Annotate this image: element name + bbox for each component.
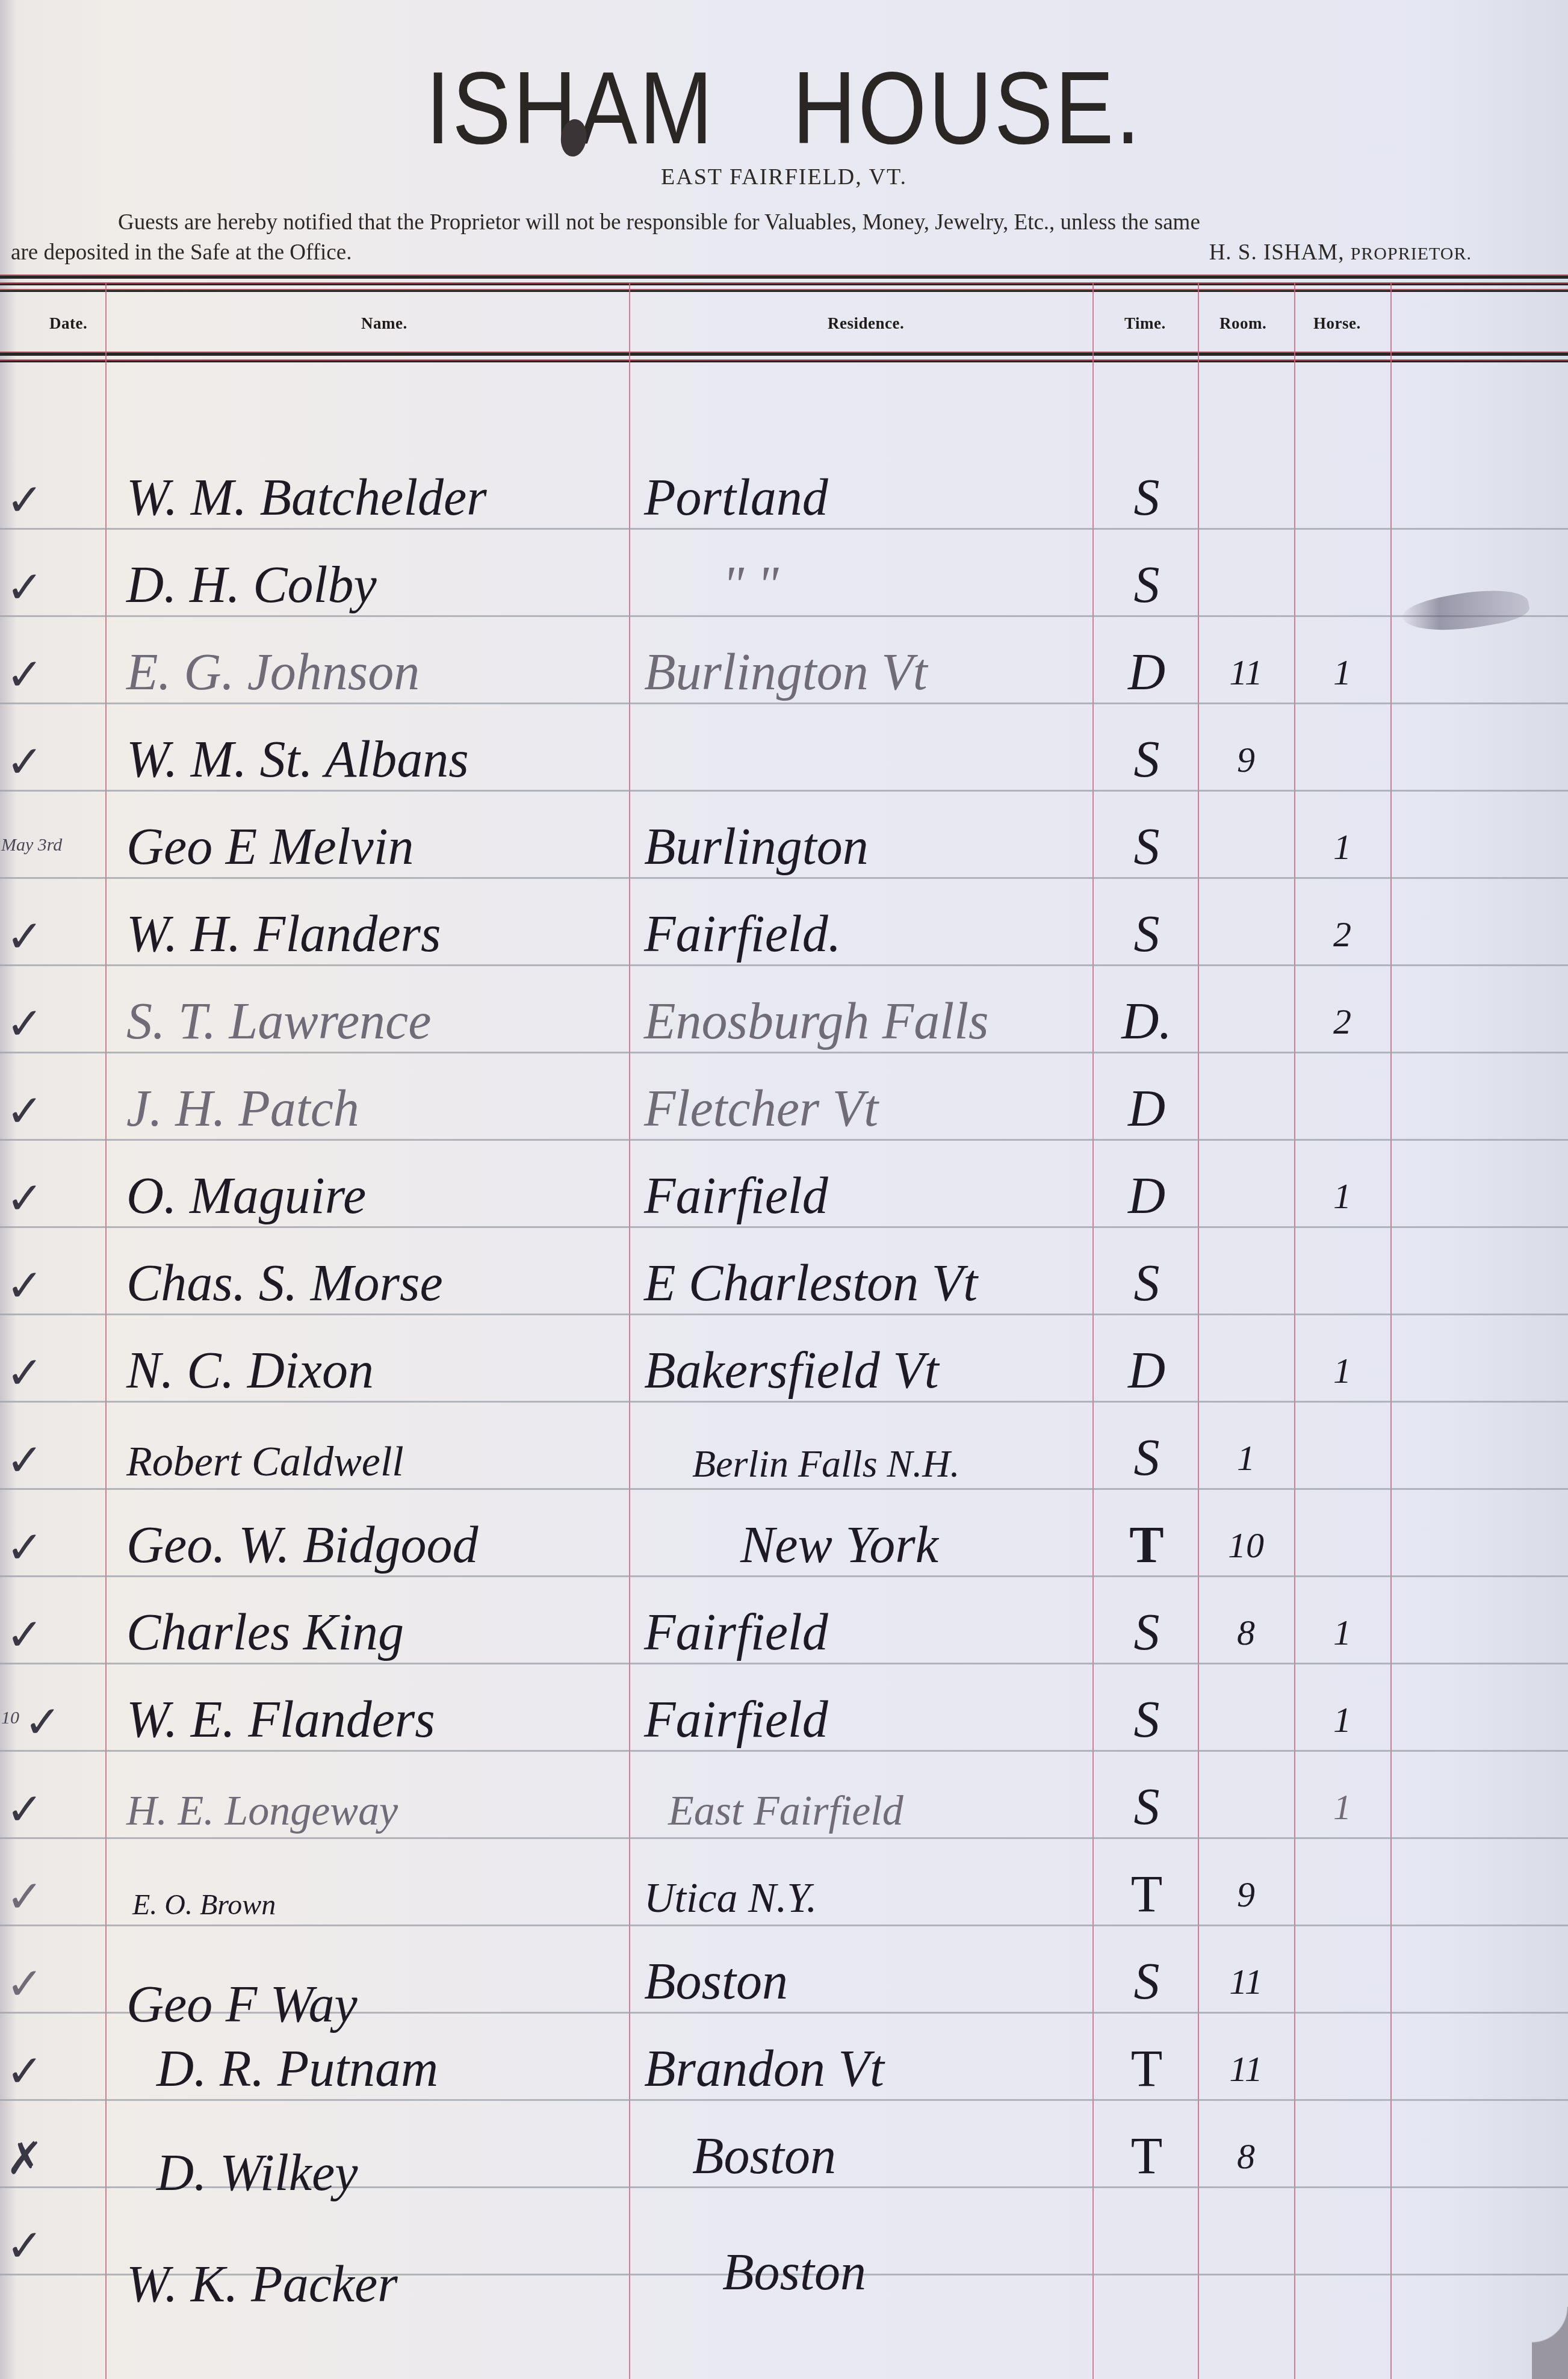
room-number: 8 — [1204, 2138, 1288, 2174]
guest-name: W. K. Packer — [126, 2258, 398, 2310]
guest-name: W. E. Flanders — [126, 1693, 435, 1745]
guest-name: O. Maguire — [126, 1170, 366, 1221]
column-header-date: Date. — [49, 314, 87, 333]
room-number: 11 — [1204, 1964, 1288, 2000]
guest-residence: Bakersfield Vt — [644, 1344, 939, 1396]
register-entry: ✓ O. Maguire Fairfield D 1 — [0, 1139, 1568, 1226]
checkmark: ✓ — [6, 1875, 43, 1920]
guest-name: Geo E Melvin — [126, 820, 414, 872]
checkmark: ✓ — [6, 1788, 43, 1832]
arrival-time: S — [1114, 820, 1180, 872]
register-entry: ✓ E. O. Brown Utica N.Y. T 9 — [0, 1837, 1568, 1925]
guest-name: H. E. Longeway — [126, 1790, 398, 1832]
guest-residence: Burlington — [644, 820, 869, 872]
register-entry: ✓ Geo. W. Bidgood New York T 10 — [0, 1488, 1568, 1575]
guest-residence: Boston — [644, 1955, 788, 2007]
arrival-time: S — [1114, 1257, 1180, 1309]
guest-name: W. M. St. Albans — [126, 733, 469, 785]
column-header-residence: Residence. — [828, 314, 904, 333]
proprietor-signature: H. S. ISHAM, PROPRIETOR. — [1209, 238, 1472, 269]
arrival-time: S — [1114, 1606, 1180, 1658]
guest-name: J. H. Patch — [126, 1082, 359, 1134]
hotel-location: EAST FAIRFIELD, VT. — [0, 164, 1568, 190]
guest-name: D. H. Colby — [126, 559, 377, 610]
guest-name: Geo. W. Bidgood — [126, 1519, 478, 1571]
register-entry: ✓ H. E. Longeway East Fairfield S 1 — [0, 1750, 1568, 1837]
guest-residence: Fairfield. — [644, 908, 841, 960]
guest-name: N. C. Dixon — [126, 1344, 374, 1396]
arrival-time: T — [1114, 2042, 1180, 2094]
register-entry: ✓ E. G. Johnson Burlington Vt D 11 1 — [0, 615, 1568, 703]
column-header-time: Time. — [1124, 314, 1166, 333]
arrival-time: D — [1114, 646, 1180, 698]
checkmark: ✓ — [6, 1526, 43, 1571]
register-entry: ✓ W. M. Batchelder Portland S — [0, 441, 1568, 528]
liability-notice: Guests are hereby notified that the Prop… — [42, 208, 1490, 269]
guest-name: S. T. Lawrence — [126, 995, 431, 1047]
guest-residence: Boston — [722, 2246, 866, 2298]
register-entry: ✓ D. H. Colby " " S — [0, 528, 1568, 615]
guest-residence: Enosburgh Falls — [644, 995, 989, 1047]
arrival-time: S — [1114, 471, 1180, 523]
register-entry: ✓ S. T. Lawrence Enosburgh Falls D. 2 — [0, 964, 1568, 1052]
checkmark: ✗ — [6, 2137, 43, 2182]
checkmark: ✓ — [6, 2224, 43, 2269]
register-entry: ✓ D. R. Putnam Brandon Vt T 11 — [0, 2012, 1568, 2099]
guest-residence: East Fairfield — [668, 1790, 903, 1832]
checkmark: ✓ — [6, 1613, 43, 1658]
checkmark: ✓ — [6, 566, 43, 610]
horse-count: 1 — [1300, 1789, 1384, 1825]
guest-residence: New York — [740, 1519, 938, 1571]
guest-name: Chas. S. Morse — [126, 1257, 443, 1309]
checkmark: ✓ — [6, 653, 43, 698]
room-number: 9 — [1204, 742, 1288, 778]
guest-name: D. R. Putnam — [156, 2042, 438, 2094]
arrival-time: S — [1114, 559, 1180, 610]
guest-residence: " " — [722, 559, 779, 610]
title-word-house: HOUSE. — [793, 51, 1142, 166]
register-page: ISHAMHOUSE. EAST FAIRFIELD, VT. Guests a… — [0, 0, 1568, 2379]
room-number: 11 — [1204, 2051, 1288, 2087]
arrival-time: S — [1114, 733, 1180, 785]
date-note: 10 — [1, 1709, 19, 1727]
arrival-time: D — [1114, 1082, 1180, 1134]
room-number: 11 — [1204, 654, 1288, 690]
horse-count: 2 — [1300, 1003, 1384, 1040]
header-rule-top — [0, 274, 1568, 296]
checkmark: ✓ — [6, 2050, 43, 2094]
arrival-time: S — [1114, 1431, 1180, 1483]
arrival-time: D — [1114, 1170, 1180, 1221]
notice-line-1: Guests are hereby notified that the Prop… — [42, 208, 1490, 238]
guest-residence: Utica N.Y. — [644, 1878, 817, 1920]
room-number: 8 — [1204, 1614, 1288, 1651]
arrival-time: D. — [1114, 995, 1180, 1047]
guest-name: E. O. Brown — [132, 1891, 276, 1920]
arrival-time: T — [1114, 1868, 1180, 1920]
guest-name: W. H. Flanders — [126, 908, 441, 960]
guest-residence: Fairfield — [644, 1693, 828, 1745]
guest-residence: Brandon Vt — [644, 2042, 884, 2094]
horse-count: 1 — [1300, 1614, 1384, 1651]
horse-count: 2 — [1300, 916, 1384, 952]
column-header-horse: Horse. — [1313, 314, 1361, 333]
hotel-title: ISHAMHOUSE. — [110, 49, 1458, 167]
arrival-time: S — [1114, 908, 1180, 960]
register-entry: ✓ W. M. St. Albans S 9 — [0, 703, 1568, 790]
checkmark: ✓ — [6, 1177, 43, 1221]
guest-residence: Boston — [692, 2130, 836, 2182]
register-entry: ✗ D. Wilkey Boston T 8 — [0, 2099, 1568, 2186]
checkmark: ✓ — [6, 1439, 43, 1483]
guest-residence: E Charleston Vt — [644, 1257, 978, 1309]
register-entry: May 3rd Geo E Melvin Burlington S 1 — [0, 790, 1568, 877]
checkmark: ✓ — [6, 1090, 43, 1134]
horse-count: 1 — [1300, 1702, 1384, 1738]
register-entry: ✓ J. H. Patch Fletcher Vt D — [0, 1052, 1568, 1139]
guest-residence: Fairfield — [644, 1170, 828, 1221]
register-entry: ✓ W. H. Flanders Fairfield. S 2 — [0, 877, 1568, 964]
register-entry: ✓ N. C. Dixon Bakersfield Vt D 1 — [0, 1314, 1568, 1401]
guest-name: Robert Caldwell — [126, 1441, 404, 1483]
register-entry: ✓ Geo F Way Boston S 11 — [0, 1925, 1568, 2012]
register-entry: ✓ Chas. S. Morse E Charleston Vt S — [0, 1226, 1568, 1314]
checkmark: ✓ — [6, 740, 43, 785]
guest-residence: Berlin Falls N.H. — [692, 1445, 959, 1483]
room-number: 1 — [1204, 1440, 1288, 1476]
register-entry: 10 ✓ W. E. Flanders Fairfield S 1 — [0, 1663, 1568, 1750]
notice-line-2: are deposited in the Safe at the Office. — [11, 238, 352, 269]
arrival-time: D — [1114, 1344, 1180, 1396]
header-rule-bottom — [0, 352, 1568, 366]
checkmark: ✓ — [6, 1264, 43, 1309]
register-entry: ✓ W. K. Packer Boston — [0, 2186, 1568, 2274]
checkmark: ✓ — [24, 1701, 61, 1745]
horse-count: 1 — [1300, 654, 1384, 690]
guest-name: W. M. Batchelder — [126, 471, 487, 523]
checkmark: ✓ — [6, 479, 43, 523]
guest-name: Charles King — [126, 1606, 404, 1658]
column-header-room: Room. — [1219, 314, 1266, 333]
checkmark: ✓ — [6, 1962, 43, 2007]
horse-count: 1 — [1300, 1353, 1384, 1389]
guest-residence: Burlington Vt — [644, 646, 928, 698]
arrival-time: T — [1114, 1519, 1180, 1571]
guest-residence: Fletcher Vt — [644, 1082, 878, 1134]
guest-residence: Fairfield — [644, 1606, 828, 1658]
horse-count: 1 — [1300, 829, 1384, 865]
checkmark: ✓ — [6, 1002, 43, 1047]
room-number: 9 — [1204, 1876, 1288, 1912]
guest-residence: Portland — [644, 471, 828, 523]
room-number: 10 — [1204, 1527, 1288, 1563]
horse-count: 1 — [1300, 1178, 1384, 1214]
arrival-time: T — [1114, 2130, 1180, 2182]
register-entry: ✓ Charles King Fairfield S 8 1 — [0, 1575, 1568, 1663]
arrival-time: S — [1114, 1693, 1180, 1745]
guest-name: E. G. Johnson — [126, 646, 420, 698]
column-header-name: Name. — [361, 314, 407, 333]
checkmark: ✓ — [6, 915, 43, 960]
arrival-time: S — [1114, 1781, 1180, 1832]
arrival-time: S — [1114, 1955, 1180, 2007]
checkmark: ✓ — [6, 1351, 43, 1396]
register-entry: ✓ Robert Caldwell Berlin Falls N.H. S 1 — [0, 1401, 1568, 1488]
date-note: May 3rd — [1, 836, 62, 854]
